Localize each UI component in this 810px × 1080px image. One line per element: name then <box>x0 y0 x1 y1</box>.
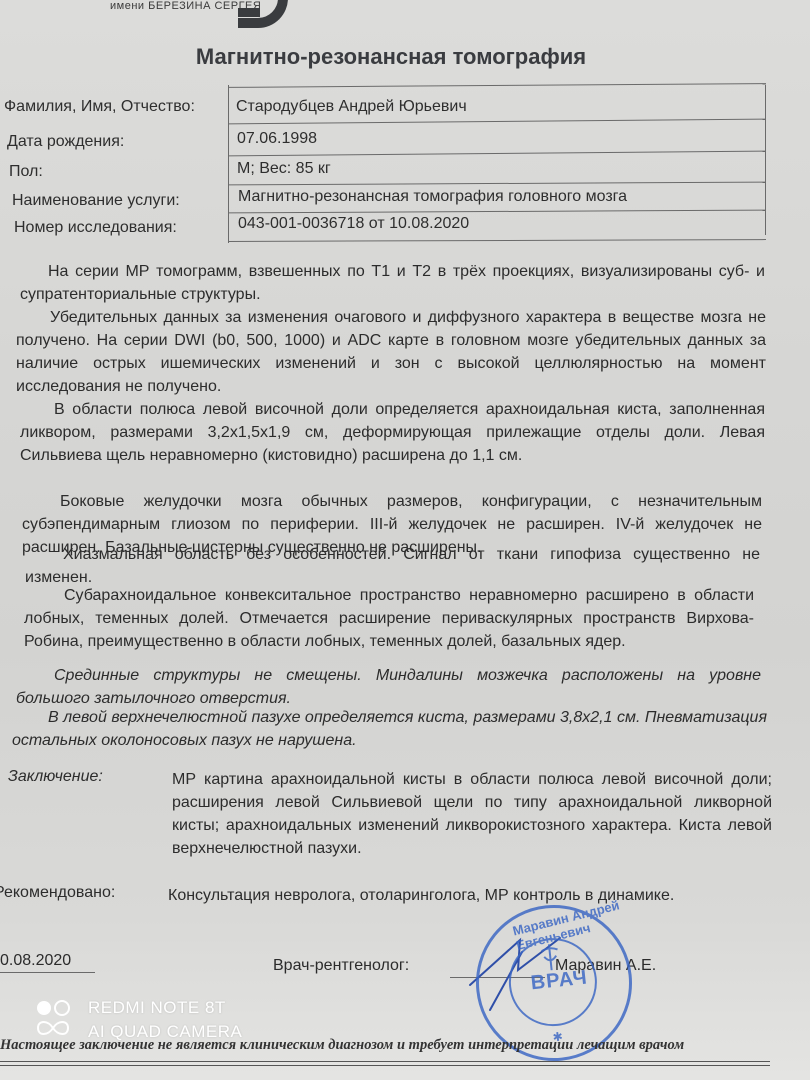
info-value: Магнитно-резонансная томография головног… <box>238 188 627 206</box>
info-value: 07.06.1998 <box>237 130 317 148</box>
footer-disclaimer: Настоящее заключение не является клиниче… <box>0 1037 810 1054</box>
document-title: Магнитно-резонансная томография <box>0 44 796 70</box>
info-value: 043-001-0036718 от 10.08.2020 <box>238 215 469 233</box>
clinic-logo-bar <box>238 8 260 17</box>
finding-paragraph-8: В левой верхнечелюстной пазухе определяе… <box>12 706 767 752</box>
finding-paragraph-1: На серии МР томограмм, взвешенных по Т1 … <box>20 260 765 306</box>
date-underline <box>0 972 95 973</box>
camera-logo-icon <box>34 998 74 1038</box>
info-label: Дата рождения: <box>7 133 124 151</box>
conclusion-text: МР картина арахноидальной кисты в област… <box>172 768 772 860</box>
info-label: Номер исследования: <box>14 219 177 237</box>
recommended-text: Консультация невролога, отоларинголога, … <box>168 884 774 907</box>
signature-role: Врач-рентгенолог: <box>273 957 409 975</box>
recommended-label: Рекомендовано: <box>0 884 115 902</box>
table-top-border <box>228 83 766 88</box>
signature-date: 0.08.2020 <box>0 952 71 970</box>
footer-double-line <box>0 1061 770 1066</box>
camera-watermark-line1: REDMI NOTE 8T <box>88 998 226 1018</box>
info-value: М; Вес: 85 кг <box>237 160 331 178</box>
info-label: Наименование услуги: <box>12 192 180 210</box>
info-label: Пол: <box>9 163 43 181</box>
finding-paragraph-2: Убедительных данных за изменения очагово… <box>16 306 766 398</box>
info-label: Фамилия, Имя, Отчество: <box>4 98 195 116</box>
info-value: Стародубцев Андрей Юрьевич <box>236 98 467 116</box>
finding-paragraph-7: Срединные структуры не смещены. Миндалин… <box>16 664 761 710</box>
conclusion-label: Заключение: <box>8 768 103 786</box>
finding-paragraph-5: Хиазмальная область без особенностей. Си… <box>25 543 760 589</box>
finding-paragraph-6: Субарахноидальное конвекситальное простр… <box>24 584 754 653</box>
finding-paragraph-3: В области полюса левой височной доли опр… <box>20 398 765 467</box>
